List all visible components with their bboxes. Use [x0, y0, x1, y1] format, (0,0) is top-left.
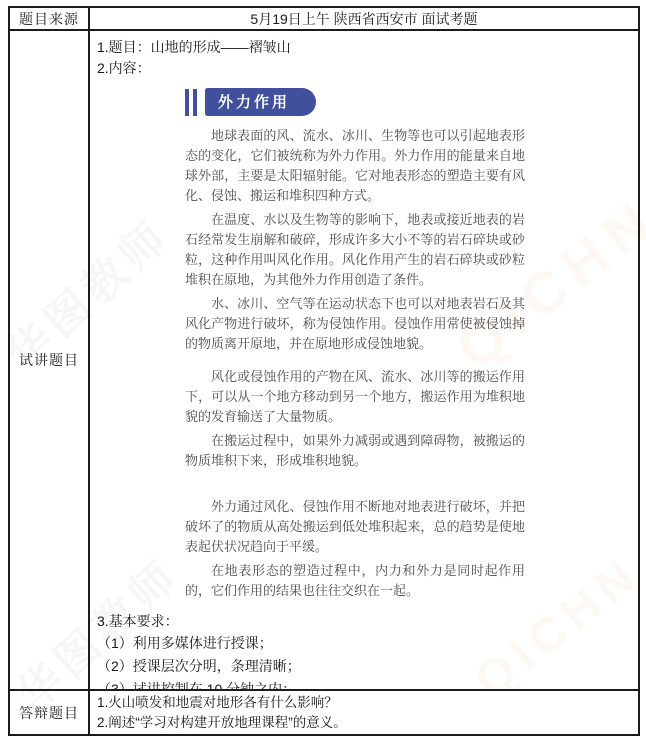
document-page: 华图教师 华图教师 QICHN QICHN 题目来源 5月19日上午 陕西省西安… — [0, 0, 646, 740]
source-value: 5月19日上午 陕西省西安市 面试考题 — [250, 9, 477, 29]
excerpt-paragraph: 在地表形态的塑造过程中，内力和外力是同时起作用的，它们作用的结果也往往交织在一起… — [185, 561, 525, 601]
lecture-label-cell: 试讲题目 — [10, 31, 90, 691]
excerpt-paragraph: 地球表面的风、流水、冰川、生物等也可以引起地表形态的变化，它们被统称为外力作用。… — [185, 126, 525, 206]
excerpt-paragraph: 在温度、水以及生物等的影响下，地表或接近地表的岩石经常发生崩解和破碎，形成许多大… — [185, 210, 525, 290]
excerpt-paragraph: 在搬运过程中，如果外力减弱或遇到障碍物，被搬运的物质堆积下来，形成堆积地貌。 — [185, 431, 525, 471]
requirement-item: （1）利用多媒体进行授课； — [97, 632, 628, 655]
source-label: 题目来源 — [19, 9, 79, 29]
textbook-excerpt: 外力作用 地球表面的风、流水、冰川、生物等也可以引起地表形态的变化，它们被统称为… — [185, 88, 525, 601]
topic-title-line: 1.题目：山地的形成——褶皱山 — [97, 37, 628, 58]
source-value-cell: 5月19日上午 陕西省西安市 面试考题 — [90, 8, 638, 31]
excerpt-paragraph: 水、冰川、空气等在运动状态下也可以对地表岩石及其风化产物进行破坏，称为侵蚀作用。… — [185, 294, 525, 354]
excerpt-paragraph: 外力通过风化、侵蚀作用不断地对地表进行破坏，并把破坏了的物质从高处搬运到低处堆积… — [185, 497, 525, 557]
source-label-cell: 题目来源 — [10, 8, 90, 31]
requirement-item: （2）授课层次分明，条理清晰； — [97, 655, 628, 678]
requirements-heading: 3.基本要求： — [97, 610, 628, 632]
defense-question: 1.火山喷发和地震对地形各有什么影响？ — [97, 693, 630, 713]
lecture-label: 试讲题目 — [19, 350, 79, 370]
exam-info-table: 题目来源 5月19日上午 陕西省西安市 面试考题 试讲题目 1.题目：山地的形成… — [8, 6, 640, 736]
requirement-item: （3）试讲控制在 10 分钟之内； — [97, 678, 628, 691]
lecture-content-cell: 1.题目：山地的形成——褶皱山 2.内容： 外力作用 地球表面的风、流水、冰川、… — [90, 31, 638, 691]
content-heading-line: 2.内容： — [97, 58, 628, 79]
excerpt-header: 外力作用 — [185, 88, 525, 116]
section-title-badge: 外力作用 — [205, 88, 316, 116]
double-bar-icon — [185, 89, 197, 116]
defense-content-cell: 1.火山喷发和地震对地形各有什么影响？ 2.阐述“学习对构建开放地理课程”的意义… — [90, 691, 638, 734]
defense-label-cell: 答辩题目 — [10, 691, 90, 734]
defense-label: 答辩题目 — [19, 703, 79, 723]
excerpt-paragraph: 风化或侵蚀作用的产物在风、流水、冰川等的搬运作用下，可以从一个地方移动到另一个地… — [185, 367, 525, 427]
defense-question: 2.阐述“学习对构建开放地理课程”的意义。 — [97, 713, 630, 733]
